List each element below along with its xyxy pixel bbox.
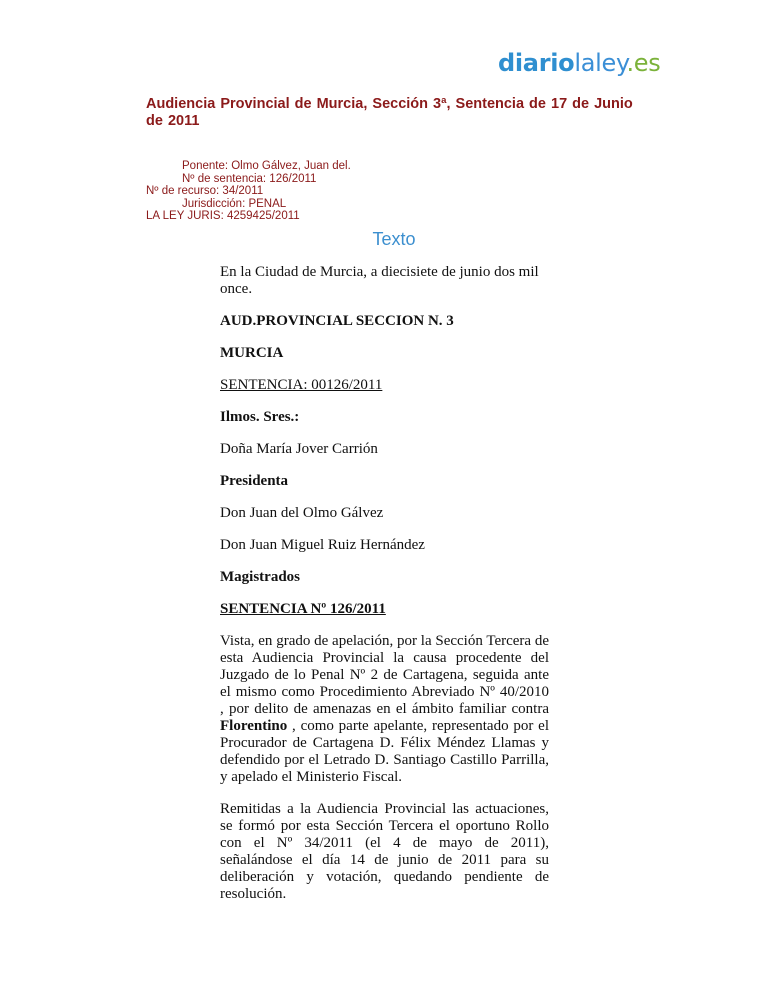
party-name: Florentino <box>220 718 287 734</box>
meta-n-sentencia: Nº de sentencia: 126/2011 <box>146 173 351 186</box>
judge-3: Don Juan Miguel Ruiz Hernández <box>220 537 549 554</box>
sentencia-reference: SENTENCIA: 00126/2011 <box>220 377 549 394</box>
meta-ponente: Ponente: Olmo Gálvez, Juan del. <box>146 160 351 173</box>
document-body: En la Ciudad de Murcia, a diecisiete de … <box>220 264 549 918</box>
court-name: AUD.PROVINCIAL SECCION N. 3 <box>220 313 549 330</box>
paragraph-vista: Vista, en grado de apelación, por la Sec… <box>220 633 549 786</box>
meta-la-ley-juris: LA LEY JURIS: 4259425/2011 <box>146 210 351 223</box>
logo-laley: laley <box>574 49 626 77</box>
sentencia-heading: SENTENCIA Nº 126/2011 <box>220 601 549 618</box>
section-heading: Texto <box>0 229 768 250</box>
ilmos-label: Ilmos. Sres.: <box>220 409 549 426</box>
paragraph-vista-part-a: Vista, en grado de apelación, por la Sec… <box>220 633 549 717</box>
court-city: MURCIA <box>220 345 549 362</box>
role-magistrados: Magistrados <box>220 569 549 586</box>
document-title: Audiencia Provincial de Murcia, Sección … <box>146 96 636 130</box>
meta-jurisdiccion: Jurisdicción: PENAL <box>146 198 351 211</box>
meta-n-recurso: Nº de recurso: 34/2011 <box>146 185 351 198</box>
diariolaley-logo[interactable]: diariolaley.es <box>498 48 660 78</box>
intro-paragraph: En la Ciudad de Murcia, a diecisiete de … <box>220 264 549 298</box>
role-presidenta: Presidenta <box>220 473 549 490</box>
logo-es: .es <box>626 49 660 77</box>
document-metadata: Ponente: Olmo Gálvez, Juan del. Nº de se… <box>146 160 351 223</box>
paragraph-remitidas: Remitidas a la Audiencia Provincial las … <box>220 801 549 903</box>
logo-diario: diario <box>498 49 574 77</box>
judge-1: Doña María Jover Carrión <box>220 441 549 458</box>
judge-2: Don Juan del Olmo Gálvez <box>220 505 549 522</box>
